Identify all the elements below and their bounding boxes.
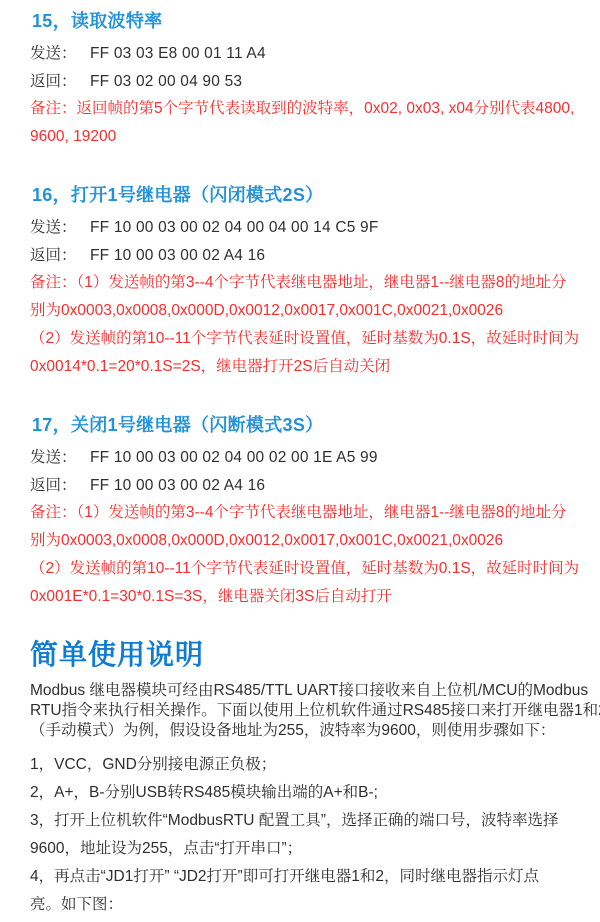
return-hex-frame: FF 03 02 00 04 90 53 [90, 68, 242, 96]
step-line: 4，再点击“JD1打开” “JD2打开”即可打开继电器1和2，同时继电器指示灯点 [30, 863, 576, 891]
section-17-send-row: 发送： FF 10 00 03 00 02 04 00 02 00 1E A5 … [30, 444, 576, 472]
note-line: 0x0014*0.1=20*0.1S=2S，继电器打开2S后自动关闭 [30, 353, 576, 381]
section-16-send-row: 发送： FF 10 00 03 00 02 04 00 04 00 14 C5 … [30, 214, 576, 242]
section-17-close-relay1-flash-open: 17，关闭1号继电器（闪断模式3S） 发送： FF 10 00 03 00 02… [30, 413, 576, 611]
step-line: 3，打开上位机软件“ModbusRTU 配置工具”，选择正确的端口号，波特率选择 [30, 807, 576, 835]
note-line: 0x001E*0.1=30*0.1S=3S，继电器关闭3S后自动打开 [30, 583, 576, 611]
intro-line: （手动模式）为例，假设设备地址为255，波特率为9600，则使用步骤如下： [30, 721, 576, 741]
note-line: 备注：（1）发送帧的第3--4个字节代表继电器地址，继电器1--继电器8的地址分 [30, 269, 576, 297]
usage-steps-list: 1，VCC，GND分别接电源正负极； 2，A+，B-分别USB转RS485模块输… [30, 751, 576, 919]
section-15-read-baudrate: 15，读取波特率 发送： FF 03 03 E8 00 01 11 A4 返回：… [30, 9, 576, 151]
send-hex-frame: FF 03 03 E8 00 01 11 A4 [90, 40, 266, 68]
usage-instructions-section: 简单使用说明 Modbus 继电器模块可经由RS485/TTL UART接口接收… [30, 638, 576, 919]
send-label: 发送： [30, 444, 90, 472]
section-17-title: 17，关闭1号继电器（闪断模式3S） [32, 413, 576, 437]
note-line: 备注：（1）发送帧的第3--4个字节代表继电器地址，继电器1--继电器8的地址分 [30, 499, 576, 527]
return-label: 返回： [30, 68, 90, 96]
send-label: 发送： [30, 214, 90, 242]
note-line: 别为0x0003,0x0008,0x000D,0x0012,0x0017,0x0… [30, 297, 576, 325]
send-label: 发送： [30, 40, 90, 68]
return-label: 返回： [30, 242, 90, 270]
step-3: 3，打开上位机软件“ModbusRTU 配置工具”，选择正确的端口号，波特率选择… [30, 807, 576, 863]
section-15-note: 备注：返回帧的第5个字节代表读取到的波特率，0x02, 0x03, x04分别代… [30, 95, 576, 151]
note-line: 别为0x0003,0x0008,0x000D,0x0012,0x0017,0x0… [30, 527, 576, 555]
usage-intro-paragraph: Modbus 继电器模块可经由RS485/TTL UART接口接收来自上位机/M… [30, 681, 576, 741]
manual-page: 15，读取波特率 发送： FF 03 03 E8 00 01 11 A4 返回：… [0, 0, 600, 919]
return-label: 返回： [30, 472, 90, 500]
send-hex-frame: FF 10 00 03 00 02 04 00 04 00 14 C5 9F [90, 214, 379, 242]
section-16-open-relay1-flash-close: 16，打开1号继电器（闪闭模式2S） 发送： FF 10 00 03 00 02… [30, 183, 576, 381]
step-2: 2，A+，B-分别USB转RS485模块输出端的A+和B-; [30, 779, 576, 807]
step-line: 9600，地址设为255，点击“打开串口”； [30, 835, 576, 863]
step-4: 4，再点击“JD1打开” “JD2打开”即可打开继电器1和2，同时继电器指示灯点… [30, 863, 576, 919]
return-hex-frame: FF 10 00 03 00 02 A4 16 [90, 242, 265, 270]
usage-heading: 简单使用说明 [30, 638, 576, 672]
note-line: （2）发送帧的第10--11个字节代表延时设置值，延时基数为0.1S，故延时时间… [30, 555, 576, 583]
note-line: （2）发送帧的第10--11个字节代表延时设置值，延时基数为0.1S，故延时时间… [30, 325, 576, 353]
step-line: 2，A+，B-分别USB转RS485模块输出端的A+和B-; [30, 779, 576, 807]
send-hex-frame: FF 10 00 03 00 02 04 00 02 00 1E A5 99 [90, 444, 378, 472]
step-1: 1，VCC，GND分别接电源正负极； [30, 751, 576, 779]
intro-line: Modbus 继电器模块可经由RS485/TTL UART接口接收来自上位机/M… [30, 681, 576, 701]
section-17-return-row: 返回： FF 10 00 03 00 02 A4 16 [30, 472, 576, 500]
section-16-return-row: 返回： FF 10 00 03 00 02 A4 16 [30, 242, 576, 270]
step-line: 1，VCC，GND分别接电源正负极； [30, 751, 576, 779]
return-hex-frame: FF 10 00 03 00 02 A4 16 [90, 472, 265, 500]
section-15-return-row: 返回： FF 03 02 00 04 90 53 [30, 68, 576, 96]
section-16-note: 备注：（1）发送帧的第3--4个字节代表继电器地址，继电器1--继电器8的地址分… [30, 269, 576, 381]
note-line: 备注：返回帧的第5个字节代表读取到的波特率，0x02, 0x03, x04分别代… [30, 95, 576, 123]
section-17-note: 备注：（1）发送帧的第3--4个字节代表继电器地址，继电器1--继电器8的地址分… [30, 499, 576, 611]
note-line: 9600, 19200 [30, 123, 576, 151]
intro-line: RTU指令来执行相关操作。下面以使用上位机软件通过RS485接口来打开继电器1和… [30, 701, 576, 721]
section-15-title: 15，读取波特率 [32, 9, 576, 33]
step-line: 亮。如下图： [30, 891, 576, 919]
section-15-send-row: 发送： FF 03 03 E8 00 01 11 A4 [30, 40, 576, 68]
section-16-title: 16，打开1号继电器（闪闭模式2S） [32, 183, 576, 207]
